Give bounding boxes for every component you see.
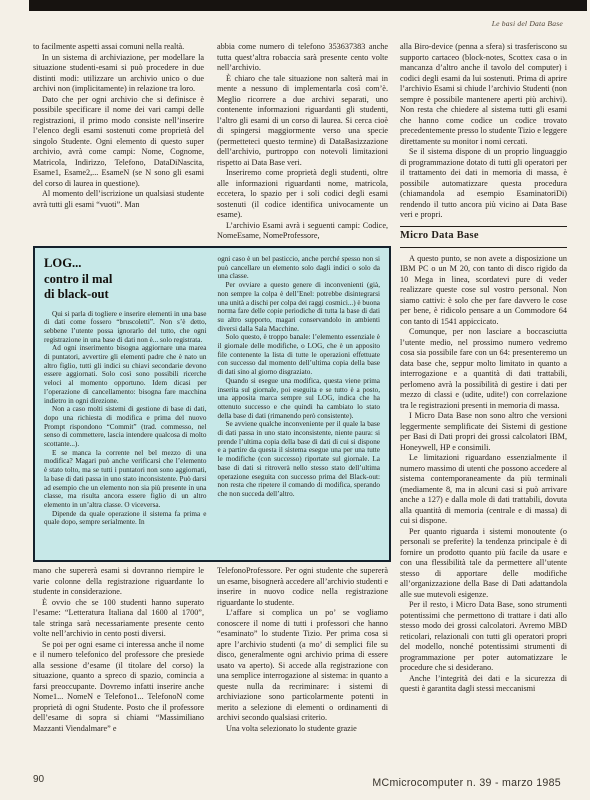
paragraph: Anche l’integrità dei dati e la sicurezz… bbox=[400, 674, 567, 695]
page-number: 90 bbox=[33, 774, 44, 785]
column-3: alla Biro-device (penna a sfera) si tras… bbox=[400, 42, 567, 758]
lower-text-row: mano che supererà esami si dovranno riem… bbox=[33, 566, 389, 764]
log-sidebar-box: LOG... contro il mal di black-out Qui si… bbox=[33, 246, 391, 562]
paragraph: ogni caso è un bel pasticcio, anche perc… bbox=[218, 255, 381, 281]
paragraph: mano che supererà esami si dovranno riem… bbox=[33, 566, 204, 598]
paragraph: Per il resto, i Micro Data Base, sono st… bbox=[400, 600, 567, 674]
column-1-top: to facilmente aspetti assai comuni nella… bbox=[33, 42, 204, 244]
log-box-title: LOG... contro il mal di black-out bbox=[44, 256, 207, 303]
paragraph: Se poi per ogni esame ci interessa anche… bbox=[33, 640, 204, 735]
paragraph: È ovvio che se 100 studenti hanno supera… bbox=[33, 598, 204, 640]
paragraph: Al momento dell’iscrizione un qualsiasi … bbox=[33, 189, 204, 210]
column-1-bottom: mano che supererà esami si dovranno riem… bbox=[33, 566, 204, 764]
section-rubric: Le basi del Data Base bbox=[492, 19, 563, 28]
paragraph: Non a caso molti sistemi di gestione di … bbox=[44, 405, 207, 449]
paragraph: L’affare si complica un po’ se vogliamo … bbox=[217, 608, 388, 724]
paragraph: In un sistema di archiviazione, per mode… bbox=[33, 53, 204, 95]
log-box-text-a: Qui si parla di togliere e inserire elem… bbox=[44, 310, 207, 528]
paragraph: Comunque, per non lasciare a boccasciutt… bbox=[400, 327, 567, 411]
article-body: to facilmente aspetti assai comuni nella… bbox=[33, 42, 567, 764]
page-top-rule bbox=[29, 0, 587, 11]
paragraph: Se il sistema dispone di un proprio ling… bbox=[400, 147, 567, 221]
paragraph: to facilmente aspetti assai comuni nella… bbox=[33, 42, 204, 53]
paragraph: I Micro Data Base non sono altro che ver… bbox=[400, 411, 567, 453]
paragraph: Solo questo, è troppo banale: l’elemento… bbox=[218, 333, 381, 377]
paragraph: L’archivio Esami avrà i seguenti campi: … bbox=[217, 221, 388, 242]
paragraph: Inseriremo come proprietà degli studenti… bbox=[217, 168, 388, 221]
column-3-lower-text: A questo punto, se non avete a disposizi… bbox=[400, 254, 567, 695]
paragraph: Se avviene qualche inconveniente per il … bbox=[218, 420, 381, 498]
paragraph: Le limitazioni riguardano essenzialmente… bbox=[400, 453, 567, 527]
paragraph: Dato che per ogni archivio che si defini… bbox=[33, 95, 204, 190]
magazine-footer: MCmicrocomputer n. 39 - marzo 1985 bbox=[372, 777, 561, 789]
paragraph: Quando si esegue una modifica, questa vi… bbox=[218, 377, 381, 421]
subheading-micro-data-base: Micro Data Base bbox=[400, 229, 567, 242]
paragraph: abbia come numero di telefono 353637383 … bbox=[217, 42, 388, 74]
column-2-top: abbia come numero di telefono 353637383 … bbox=[217, 42, 388, 244]
paragraph: alla Biro-device (penna a sfera) si tras… bbox=[400, 42, 567, 147]
paragraph: Ad ogni inserimento bisogna aggiornare u… bbox=[44, 344, 207, 405]
left-two-columns: to facilmente aspetti assai comuni nella… bbox=[33, 42, 389, 764]
paragraph: Qui si parla di togliere e inserire elem… bbox=[44, 310, 207, 345]
column-2-bottom: TelefonoProfessore. Per ogni studente ch… bbox=[217, 566, 388, 764]
upper-text-row: to facilmente aspetti assai comuni nella… bbox=[33, 42, 389, 244]
paragraph: Per quanto riguarda i sistemi monoutente… bbox=[400, 527, 567, 601]
subheading-rule bbox=[400, 226, 567, 227]
subheading-underline bbox=[400, 247, 567, 248]
paragraph: È chiaro che tale situazione non salterà… bbox=[217, 74, 388, 169]
log-box-column-b: ogni caso è un bel pasticcio, anche perc… bbox=[218, 255, 381, 554]
paragraph: Dipende da quale operazione il sistema f… bbox=[44, 510, 207, 527]
column-3-upper-text: alla Biro-device (penna a sfera) si tras… bbox=[400, 42, 567, 221]
paragraph: A questo punto, se non avete a disposizi… bbox=[400, 254, 567, 328]
paragraph: TelefonoProfessore. Per ogni studente ch… bbox=[217, 566, 388, 608]
paragraph: Una volta selezionato lo studente grazie bbox=[217, 724, 388, 735]
paragraph: E se manca la corrente nel bel mezzo di … bbox=[44, 449, 207, 510]
paragraph: Per ovviare a questo genere di inconveni… bbox=[218, 281, 381, 333]
log-box-column-a: LOG... contro il mal di black-out Qui si… bbox=[44, 255, 207, 554]
